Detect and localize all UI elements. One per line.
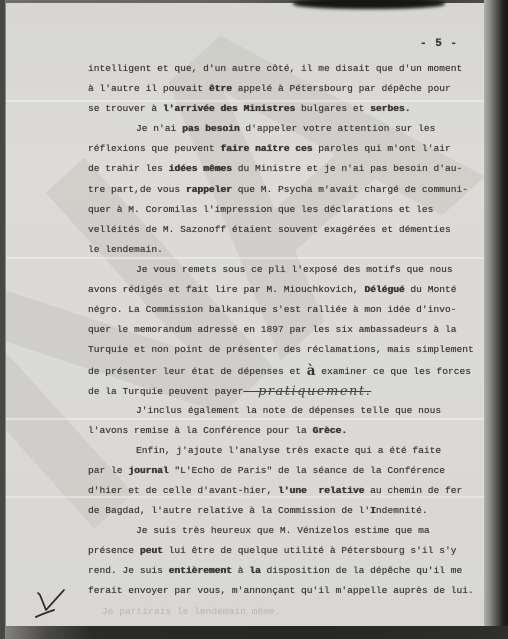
typed-text: appelé à Pétersbourg par dépêche pour (232, 83, 451, 94)
letter-line: Je suis très heureux que M. Vénizelos es… (88, 521, 483, 541)
letter-line: le lendemain. (88, 240, 483, 260)
scan-edge-right (484, 0, 508, 639)
scan-smudge-top (293, 0, 445, 9)
typed-text: examiner ce que les forces (316, 366, 471, 377)
typed-text: paroles qui m'ont l'air (313, 143, 451, 154)
typed-text: relative (318, 485, 364, 496)
typed-text: par le (88, 465, 128, 476)
letter-line: de Bagdad, l'autre relative à la Commiss… (88, 501, 483, 521)
typed-text: quer à M. Coromilas l'impression que les… (88, 204, 433, 215)
typed-text: négro. La Commission balkanique s'est ra… (88, 304, 456, 315)
handwritten-text: à (307, 363, 316, 379)
letter-line: rend. Je suis entièrement à la dispositi… (88, 561, 483, 581)
typed-text: Grèce. (313, 425, 348, 436)
letter-line: par le journal "L'Echo de Paris" de la s… (88, 461, 483, 481)
typed-text: le lendemain. (88, 244, 163, 255)
letter-line: tre part,de vous rappeler que M. Psycha … (88, 180, 483, 200)
typed-text: Je suis très heureux que M. Vénizelos es… (136, 525, 430, 536)
typed-text: à l'autre il pouvait (88, 83, 209, 94)
typed-text: tre part,de vous (88, 184, 186, 195)
typed-text: lui être de quelque utilité à Pétersbour… (163, 545, 457, 556)
typed-text: disposition de la dépêche qu'il me (261, 565, 463, 576)
typed-text: idées mêmes (169, 163, 232, 174)
typed-text: ferait envoyer par vous, m'annonçant qu'… (88, 585, 474, 596)
typed-text: du Monté (405, 284, 457, 295)
typed-text: d'appeler votre attention sur les (240, 123, 436, 134)
typed-text: du Ministre et je n'ai pas besoin d'au- (232, 163, 462, 174)
scan-edge-left (0, 0, 6, 639)
letter-line: Je partirais le lendemain même. (88, 602, 483, 622)
typed-text: de trahir les (88, 163, 169, 174)
typed-text: intelligent et que, d'un autre côté, il … (88, 63, 462, 74)
letter-line: avons rédigés et fait lire par M. Miouch… (88, 280, 483, 300)
letter-line: se trouver à l'arrivée des Ministres bul… (88, 99, 483, 119)
typed-text: se trouver à (88, 103, 163, 114)
typed-text: réflexions que peuvent (88, 143, 220, 154)
typed-text: la (249, 565, 261, 576)
typed-text: serbes. (370, 103, 410, 114)
letter-line: quer à M. Coromilas l'impression que les… (88, 200, 483, 220)
letter-line: l'avons remise à la Conférence pour la G… (88, 421, 483, 441)
typed-text: Je vous remets sous ce pli l'exposé des … (136, 264, 453, 275)
letter-line: réflexions que peuvent faire naître ces … (88, 139, 483, 159)
letter-line: Turquie et non point de présenter des ré… (88, 340, 483, 360)
letter-line: J'inclus également la note de dépenses t… (88, 401, 483, 421)
letter-body: intelligent et que, d'un autre côté, il … (88, 59, 483, 622)
typed-text: "L'Echo de Paris" de la séance de la Con… (169, 465, 445, 476)
letter-line: Je vous remets sous ce pli l'exposé des … (88, 260, 483, 280)
letter-line: ferait envoyer par vous, m'annonçant qu'… (88, 581, 483, 601)
typed-text: bulgares et (295, 103, 370, 114)
typed-text: l'une (278, 485, 307, 496)
typed-text: Je partirais le lendemain même. (102, 606, 280, 617)
typed-text: velléités de M. Sazonoff étaient souvent… (88, 224, 451, 235)
typed-text: pas besoin (182, 123, 240, 134)
typed-text: l'avons remise à la Conférence pour la (88, 425, 313, 436)
typed-text: rend. Je suis (88, 565, 169, 576)
typed-text: à (232, 565, 249, 576)
letter-line: présence peut lui être de quelque utilit… (88, 541, 483, 561)
handwritten-text: —pratiquement. (243, 384, 371, 399)
letter-line: Enfin, j'ajoute l'analyse très exacte qu… (88, 441, 483, 461)
typed-text: faire naître ces (220, 143, 312, 154)
typed-text: de Bagdad, l'autre relative à la Commiss… (88, 505, 370, 516)
typed-text: présence (88, 545, 140, 556)
typed-text: avons rédigés et fait lire par M. Miouch… (88, 284, 364, 295)
scanned-letter-page: { "page": { "number_label": "- 5 -", "wa… (0, 0, 508, 639)
typed-text: journal (128, 465, 168, 476)
typed-text: J'inclus également la note de dépenses t… (136, 405, 441, 416)
typed-text: être (209, 83, 232, 94)
typed-text: ndemnité. (376, 505, 428, 516)
typed-text: Enfin, j'ajoute l'analyse très exacte qu… (136, 445, 441, 456)
letter-line: quer le memorandum adressé en 1897 par l… (88, 320, 483, 340)
letter-line: de présenter leur état de dépenses et à … (88, 360, 483, 380)
typed-text: l'arrivée des Ministres (163, 103, 295, 114)
letter-line: Je n'ai pas besoin d'appeler votre atten… (88, 119, 483, 139)
typed-text: peut (140, 545, 163, 556)
typed-text: au chemin de fer (364, 485, 462, 496)
typed-text: de présenter leur état de dépenses et (88, 366, 307, 377)
letter-line: de la Turquie peuvent payer—pratiquement… (88, 381, 483, 401)
typed-text (307, 485, 319, 496)
typed-text: de la Turquie peuvent payer (88, 386, 243, 397)
handwritten-check-icon (30, 586, 70, 627)
letter-line: d'hier et de celle d'avant-hier, l'une r… (88, 481, 483, 501)
typed-text: Turquie et non point de présenter des ré… (88, 344, 474, 355)
typed-text: Délégué (364, 284, 404, 295)
scan-edge-bottom (0, 626, 508, 639)
typed-text: rappeler (186, 184, 232, 195)
typed-text: d'hier et de celle d'avant-hier, (88, 485, 278, 496)
typed-text: entièrement (169, 565, 232, 576)
letter-line: négro. La Commission balkanique s'est ra… (88, 300, 483, 320)
typed-text: Je n'ai (136, 123, 182, 134)
typed-text: que M. Psycha m'avait chargé de communi- (232, 184, 468, 195)
letter-line: intelligent et que, d'un autre côté, il … (88, 59, 483, 79)
letter-line: à l'autre il pouvait être appelé à Péter… (88, 79, 483, 99)
page-number: - 5 - (420, 38, 458, 50)
typed-text: quer le memorandum adressé en 1897 par l… (88, 324, 456, 335)
letter-line: de trahir les idées mêmes du Ministre et… (88, 159, 483, 179)
letter-line: velléités de M. Sazonoff étaient souvent… (88, 220, 483, 240)
